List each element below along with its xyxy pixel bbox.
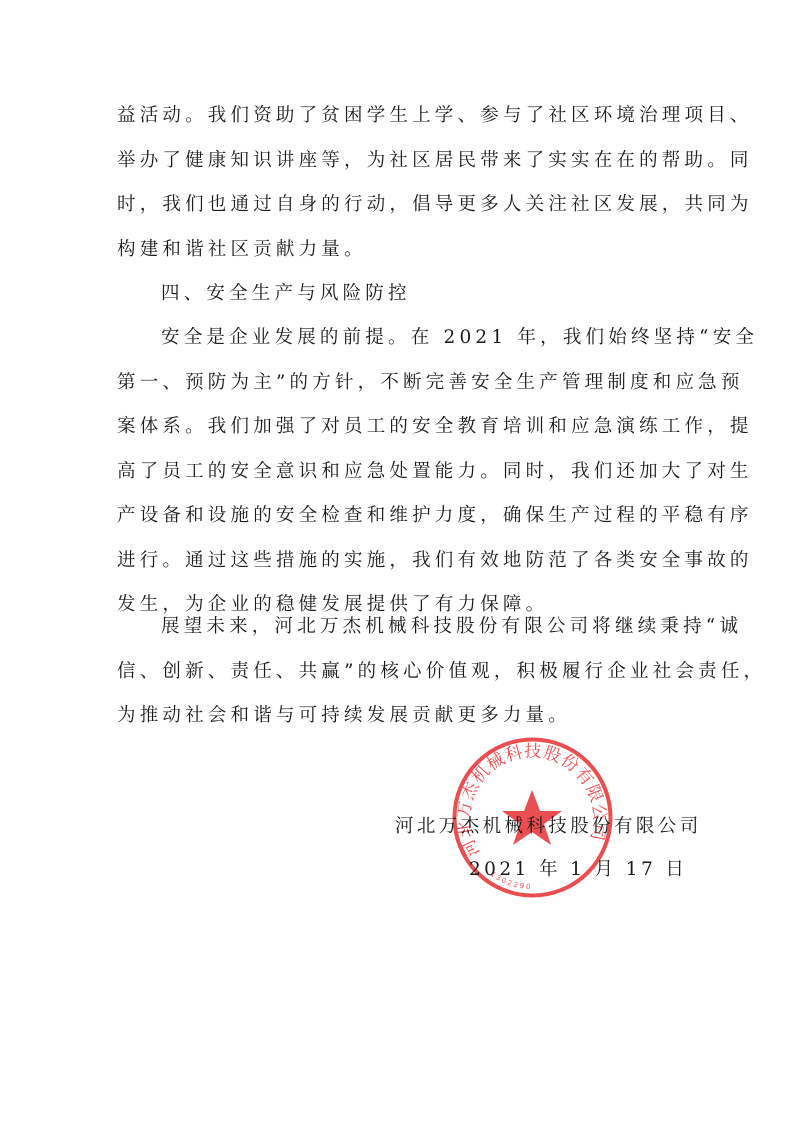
document-page: 益活动。我们资助了贫困学生上学、参与了社区环境治理项目、 举办了健康知识讲座等，… [0,0,793,1122]
text-line: 安全是企业发展的前提。在 2021 年，我们始终坚持“安全 [117,316,677,361]
text-line: 为推动社会和谐与可持续发展贡献更多力量。 [117,694,677,739]
text-line: 产设备和设施的安全检查和维护力度，确保生产过程的平稳有序 [117,494,677,539]
heading-text: 四、安全生产与风险防控 [117,272,677,317]
text-line: 高了员工的安全意识和应急处置能力。同时，我们还加大了对生 [117,450,677,495]
paragraph-safety: 安全是企业发展的前提。在 2021 年，我们始终坚持“安全 第一、预防为主”的方… [117,316,677,628]
paragraph-outlook: 展望未来，河北万杰机械科技股份有限公司将继续秉持“诚 信、创新、责任、共赢”的核… [117,605,677,739]
text-line: 益活动。我们资助了贫困学生上学、参与了社区环境治理项目、 [117,94,677,139]
signature-date: 2021 年 1 月 17 日 [469,855,687,881]
text-line: 展望未来，河北万杰机械科技股份有限公司将继续秉持“诚 [117,605,677,650]
text-line: 进行。通过这些措施的实施，我们有效地防范了各类安全事故的 [117,539,677,584]
paragraph-community: 益活动。我们资助了贫困学生上学、参与了社区环境治理项目、 举办了健康知识讲座等，… [117,94,677,272]
signature-company: 河北万杰机械科技股份有限公司 [395,812,702,838]
text-line: 信、创新、责任、共赢”的核心价值观，积极履行企业社会责任， [117,650,677,695]
text-line: 构建和谐社区贡献力量。 [117,228,677,273]
text-line: 案体系。我们加强了对员工的安全教育培训和应急演练工作，提 [117,405,677,450]
section-heading: 四、安全生产与风险防控 [117,272,677,317]
text-line: 举办了健康知识讲座等，为社区居民带来了实实在在的帮助。同 [117,139,677,184]
text-line: 第一、预防为主”的方针，不断完善安全生产管理制度和应急预 [117,361,677,406]
text-line: 时，我们也通过自身的行动，倡导更多人关注社区发展，共同为 [117,183,677,228]
